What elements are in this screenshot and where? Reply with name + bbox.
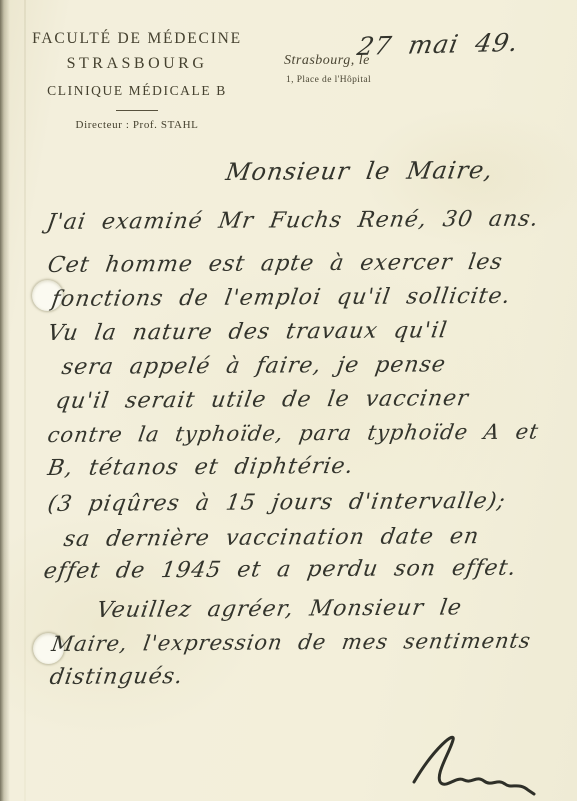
handwritten-line: Maire, l'expression de mes sentiments [50,629,533,656]
letterhead-city: STRASBOURG [28,55,246,73]
signature-scrawl [398,728,548,796]
handwritten-line: Vu la nature des travaux qu'il [46,318,449,346]
salutation: Monsieur le Maire, [224,156,495,186]
letterhead-director: Directeur : Prof. STAHL [28,119,246,131]
scan-edge-shadow [0,0,10,801]
handwritten-line: B, tétanos et diphtérie. [46,454,355,481]
handwritten-line: distingués. [48,664,185,690]
letterhead-faculty: FACULTÉ DE MÉDECINE [28,30,246,48]
handwritten-line: contre la typhoïde, para typhoïde A et [46,420,541,447]
handwritten-line: Veuillez agréer, Monsieur le [95,595,464,623]
handwritten-line: J'ai examiné Mr Fuchs René, 30 ans. [45,207,541,235]
handwritten-line: sa dernière vaccination date en [62,524,481,552]
letterhead: FACULTÉ DE MÉDECINE STRASBOURG CLINIQUE … [28,30,246,131]
handwritten-line: Cet homme est apte à exercer les [46,250,505,278]
handwritten-line: sera appelé à faire, je pense [60,352,448,380]
handwritten-line: effet de 1945 et a perdu son effet. [42,556,518,584]
handwritten-line: (3 piqûres à 15 jours d'intervalle); [46,489,508,517]
paper-crease [24,0,26,801]
handwritten-date: 27 mai 49. [355,28,521,61]
letterhead-clinic: CLINIQUE MÉDICALE B [28,83,246,99]
handwritten-line: qu'il serait utile de le vacciner [54,386,471,414]
printed-address: 1, Place de l'Hôpital [286,75,371,85]
letterhead-divider [116,110,158,111]
scanned-letter-page: FACULTÉ DE MÉDECINE STRASBOURG CLINIQUE … [0,0,577,801]
handwritten-line: fonctions de l'emploi qu'il sollicite. [50,284,512,312]
